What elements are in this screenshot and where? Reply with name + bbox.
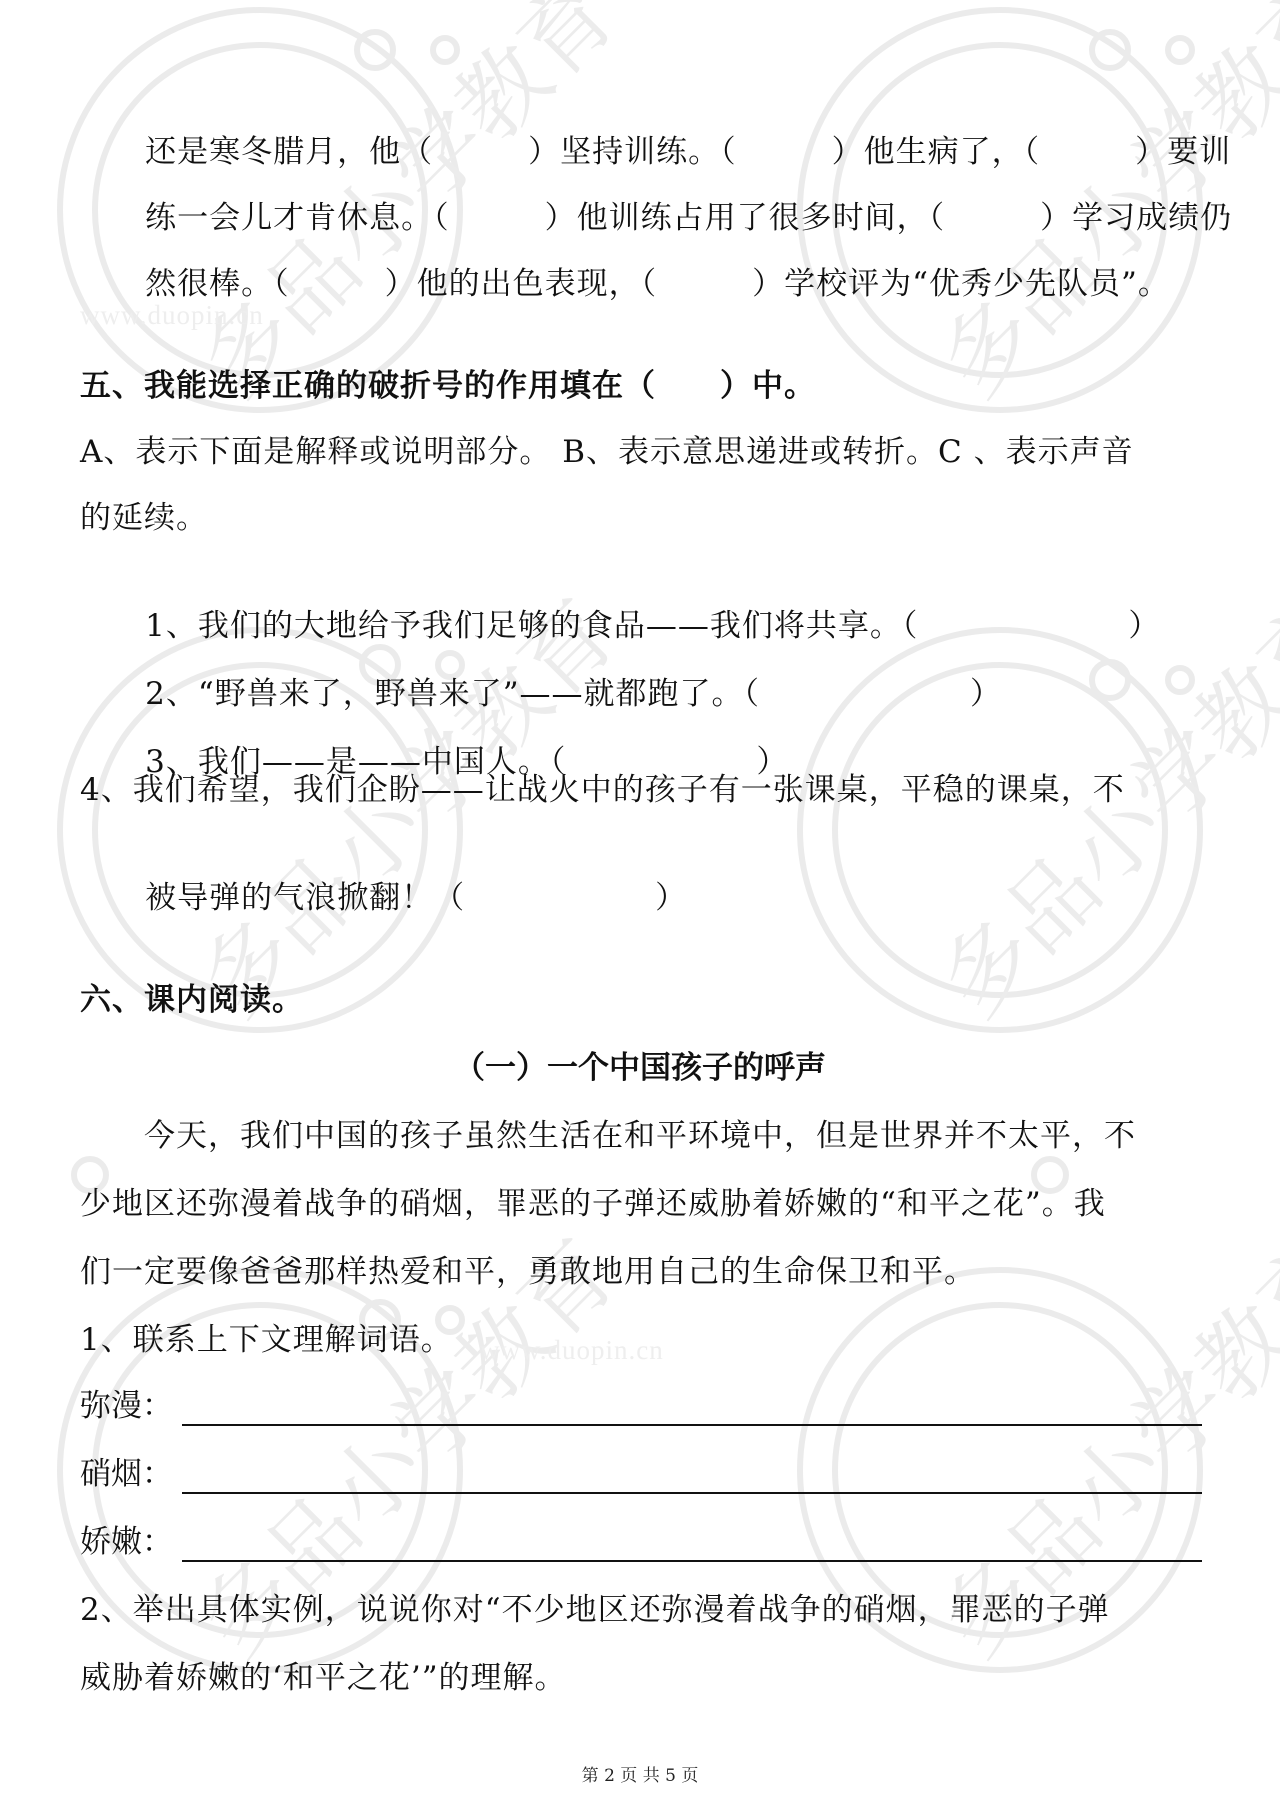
question-6-2: 2、举出具体实例，说说你对“不少地区还弥漫着战争的硝烟，罪恶的子弹 (80, 1590, 1110, 1630)
passage-line: 今天，我们中国的孩子虽然生活在和平环境中，但是世界并不太平，不 (80, 1116, 1136, 1156)
vocab-word-label: 硝烟： (80, 1454, 173, 1494)
question-6-1: 1、联系上下文理解词语。 (80, 1320, 453, 1360)
answer-line-input[interactable] (182, 1560, 1202, 1562)
vocab-word-label: 娇嫩： (80, 1522, 173, 1562)
question-4: 4、我们希望，我们企盼——让战火中的孩子有一张课桌，平稳的课桌，不 (80, 770, 1125, 810)
vocab-word-label: 弥漫： (80, 1386, 173, 1426)
question-4-cont: 被导弹的气浪掀翻！（） (80, 838, 687, 958)
answer-line-input[interactable] (182, 1492, 1202, 1494)
passage-line: 们一定要像爸爸那样热爱和平，勇敢地用自己的生命保卫和平。 (80, 1252, 976, 1292)
question-6-2-cont: 威胁着娇嫩的‘和平之花’”的理解。 (80, 1658, 567, 1698)
passage-line: 少地区还弥漫着战争的硝烟，罪恶的子弹还威胁着娇嫩的“和平之花”。我 (80, 1184, 1106, 1224)
page-number: 第 2 页 共 5 页 (0, 1764, 1280, 1788)
section-6-title: 六、课内阅读。 (80, 980, 304, 1020)
vocab-answer-row: 硝烟： (80, 1454, 1202, 1498)
vocab-answer-row: 娇嫩： (80, 1522, 1202, 1566)
paragraph-line: 然很棒。（）他的出色表现，（）学校评为“优秀少先队员”。 (80, 224, 1170, 344)
section-5-options-cont: 的延续。 (80, 498, 208, 538)
answer-line-input[interactable] (182, 1424, 1202, 1426)
section-5-title: 五、我能选择正确的破折号的作用填在（ ）中。 (80, 366, 816, 406)
vocab-answer-row: 弥漫： (80, 1386, 1202, 1430)
worksheet-page: 还是寒冬腊月，他（）坚持训练。（）他生病了，（）要训 练一会儿才肯休息。（）他训… (0, 0, 1280, 1813)
passage-title: （一）一个中国孩子的呼声 (0, 1048, 1280, 1088)
section-5-options: A、表示下面是解释或说明部分。 B、表示意思递进或转折。C 、表示声音 (80, 432, 1134, 472)
